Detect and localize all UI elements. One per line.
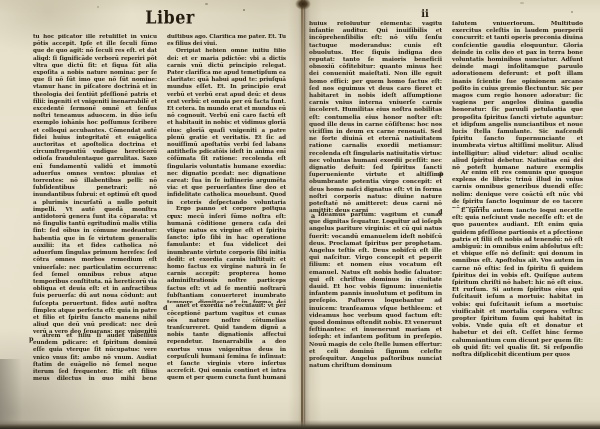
ink-speck [520,2,524,4]
folio-number-right: ii [414,9,436,20]
text-paragraph: anet et exordia nō recuſauit: vt per cōc… [167,303,286,380]
right-page-column-1: huius reſoluūtur elementa: vagitu infant… [309,21,442,373]
text-paragraph: ſalutem vniuerſorum. Multitudo exercitus… [452,21,583,170]
text-paragraph: Orripiat hebien omne initiū filio dei: e… [167,48,286,206]
margin-guide-letter: d [163,305,168,311]
text-paragraph: Ideamus partum: vagitum et cunas que dig… [309,212,442,370]
margin-guide-letter: p [29,336,34,342]
margin-guide-letter: p [439,171,444,177]
text-paragraph: E ſpiritu autem ſancto loqui neceſſe eſt… [452,208,583,359]
running-title-left: Liber [130,7,210,28]
ink-speck [243,9,245,11]
margin-guide-letter: a [311,213,315,219]
ink-speck [571,11,573,13]
book-photo: Liber ii tū hoc piſcator ille retuliſſet… [0,0,600,429]
right-page-column-2: ſalutem vniuerſorum. Multitudo exercitus… [452,21,583,371]
text-paragraph: Ergo panno et corpore poſtquā crux: mecū… [167,206,286,303]
text-paragraph: tū hoc piſcator ille retuliſſet in vnicū… [33,34,157,333]
text-paragraph: huius reſoluūtur elementa: vagitu infant… [309,21,442,212]
ink-speck [205,3,208,5]
margin-guide-letter: v [170,214,174,220]
ink-speck [97,6,99,8]
left-page-column-2: duſtibus ago. Clarifica me pater. Et. Tu… [167,34,286,380]
text-paragraph: Ar enim eſt res cōmunis que quoque exple… [452,170,583,208]
text-paragraph: duſtibus ago. Clarifica me pater. Et. Tu… [167,34,286,48]
margin-guide-letter: d [438,209,443,215]
left-page-column-1: tū hoc piſcator ille retuliſſet in vnicū… [33,34,157,380]
gutter-fold-knot [295,0,311,10]
bottom-left-shadow [0,359,22,429]
text-paragraph: atrem et filiū ſi audet ſabellius eundem… [33,333,157,380]
gutter-fold-line [301,0,303,429]
bottom-edge-shadow [0,420,600,429]
